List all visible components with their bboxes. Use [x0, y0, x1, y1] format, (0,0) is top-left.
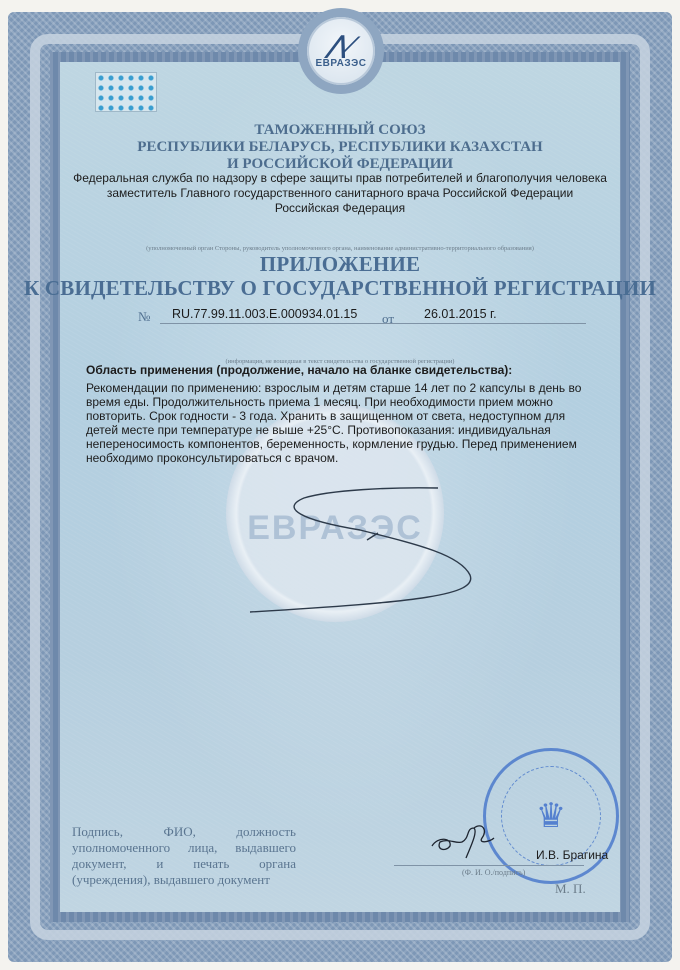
- signature-scribble: [0, 0, 680, 970]
- signer-name: И.В. Брагина: [536, 848, 608, 862]
- seal-mark: М. П.: [555, 881, 586, 897]
- name-caption: (Ф. И. О./подпись): [462, 868, 525, 877]
